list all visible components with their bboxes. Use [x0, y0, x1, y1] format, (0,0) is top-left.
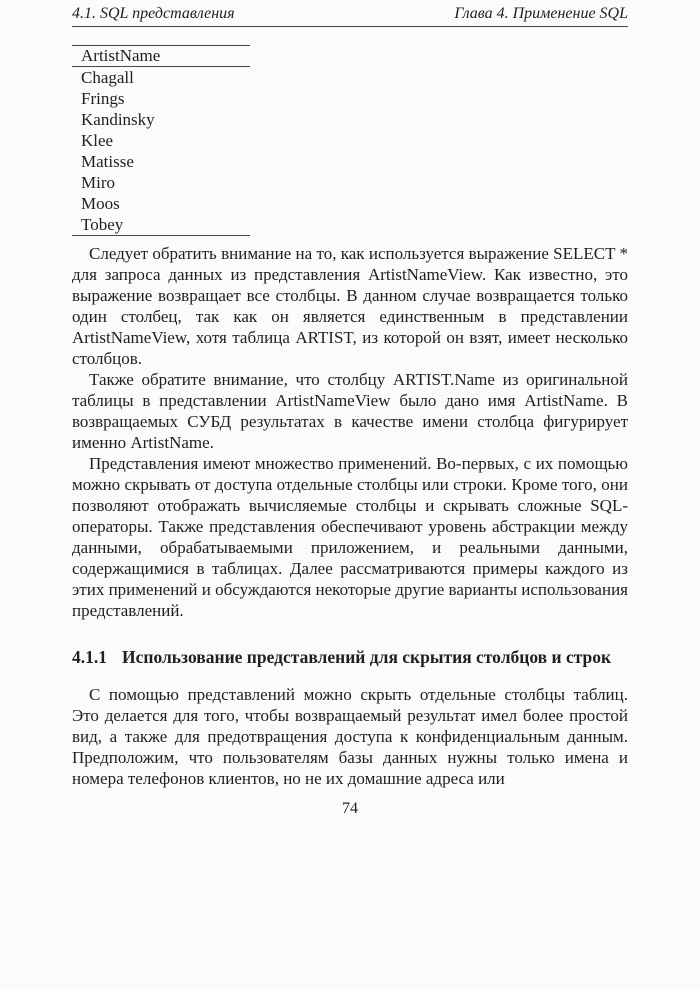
- table-header-cell: ArtistName: [72, 46, 250, 67]
- table-row: Kandinsky: [72, 109, 250, 130]
- table-row: Frings: [72, 88, 250, 109]
- table-row: Tobey: [72, 214, 250, 235]
- book-page: 4.1. SQL представления Глава 4. Применен…: [0, 0, 700, 990]
- paragraph-select-star: Следует обратить внимание на то, как исп…: [72, 243, 628, 369]
- page-number: 74: [72, 799, 628, 819]
- header-chapter-title: Глава 4. Применение SQL: [454, 6, 628, 22]
- paragraph-hide-columns: С помощью представлений можно скрыть отд…: [72, 684, 628, 789]
- table-row: Miro: [72, 172, 250, 193]
- header-section-title: 4.1. SQL представления: [72, 6, 235, 22]
- artist-name-table: ArtistName Chagall Frings Kandinsky Klee…: [72, 45, 250, 236]
- paragraph-artistname-alias: Также обратите внимание, что столбцу ART…: [72, 369, 628, 453]
- running-header: 4.1. SQL представления Глава 4. Применен…: [72, 6, 628, 27]
- paragraph-view-uses: Представления имеют множество применений…: [72, 453, 628, 621]
- table-row: Klee: [72, 130, 250, 151]
- section-number: 4.1.1: [72, 645, 107, 669]
- section-title: Использование представлений для скрытия …: [122, 647, 611, 667]
- table-row: Moos: [72, 193, 250, 214]
- section-heading: 4.1.1 Использование представлений для ск…: [72, 645, 628, 669]
- table-row: Matisse: [72, 151, 250, 172]
- table-row: Chagall: [72, 67, 250, 88]
